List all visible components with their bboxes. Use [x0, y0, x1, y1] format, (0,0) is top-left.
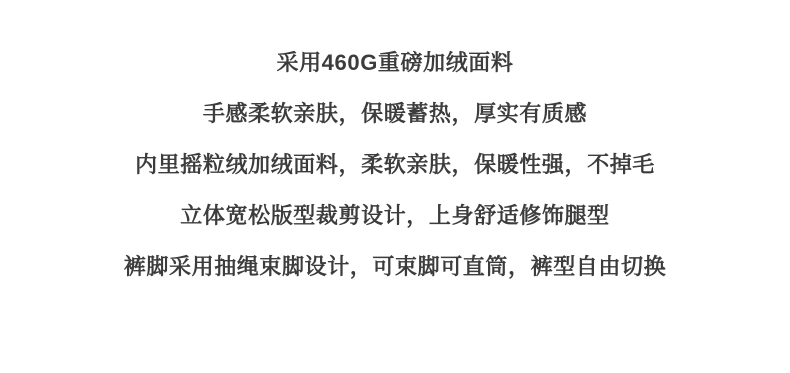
feature-line-fleece-lining: 内里摇粒绒加绒面料，柔软亲肤，保暖性强，不掉毛: [0, 139, 790, 190]
feature-line-drawstring-hem: 裤脚采用抽绳束脚设计，可束脚可直筒，裤型自由切换: [0, 241, 790, 292]
feature-line-loose-fit: 立体宽松版型裁剪设计，上身舒适修饰腿型: [0, 190, 790, 241]
feature-line-fabric-weight: 采用460G重磅加绒面料: [0, 37, 790, 88]
feature-line-soft-warm: 手感柔软亲肤，保暖蓄热，厚实有质感: [0, 88, 790, 139]
product-description-panel: 采用460G重磅加绒面料 手感柔软亲肤，保暖蓄热，厚实有质感 内里摇粒绒加绒面料…: [0, 0, 790, 292]
